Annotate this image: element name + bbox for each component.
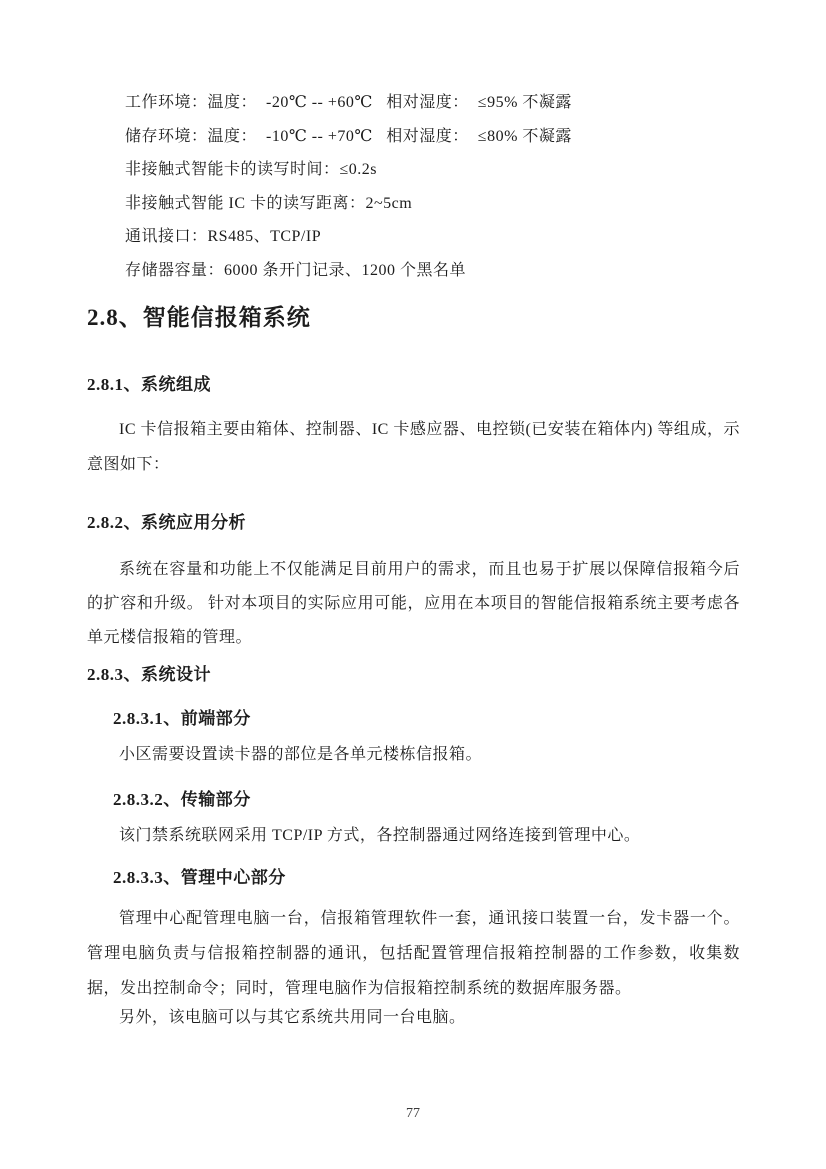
spec-line-read-time: 非接触式智能卡的读写时间：≤0.2s [125,153,740,187]
spec-line-operating-env: 工作环境：温度： -20℃ -- +60℃ 相对湿度： ≤95% 不凝露 [125,86,740,120]
document-page: 工作环境：温度： -20℃ -- +60℃ 相对湿度： ≤95% 不凝露 储存环… [0,0,826,1169]
spec-line-read-distance: 非接触式智能 IC 卡的读写距离：2~5cm [125,187,740,221]
heading-2-8-3-1: 2.8.3.1、前端部分 [87,708,740,730]
paragraph-front-end: 小区需要设置读卡器的部位是各单元楼栋信报箱。 [87,744,740,766]
spec-list: 工作环境：温度： -20℃ -- +60℃ 相对湿度： ≤95% 不凝露 储存环… [125,86,740,287]
page-content: 工作环境：温度： -20℃ -- +60℃ 相对湿度： ≤95% 不凝露 储存环… [0,0,826,1029]
paragraph-shared-computer: 另外，该电脑可以与其它系统共用同一台电脑。 [87,1007,740,1029]
heading-2-8-3-2: 2.8.3.2、传输部分 [87,789,740,811]
paragraph-system-constitution: IC 卡信报箱主要由箱体、控制器、IC 卡感应器、电控锁(已安装在箱体内) 等组… [87,412,740,482]
heading-2-8-1: 2.8.1、系统组成 [87,374,740,396]
paragraph-application-analysis: 系统在容量和功能上不仅能满足目前用户的需求，而且也易于扩展以保障信报箱今后的扩容… [87,553,740,655]
spec-line-storage-env: 储存环境：温度： -10℃ -- +70℃ 相对湿度： ≤80% 不凝露 [125,120,740,154]
spec-line-memory-capacity: 存储器容量：6000 条开门记录、1200 个黑名单 [125,254,740,288]
section-title-2-8: 2.8、智能信报箱系统 [87,303,740,333]
page-number: 77 [0,1106,826,1122]
spec-line-comm-interface: 通讯接口：RS485、TCP/IP [125,220,740,254]
heading-2-8-2: 2.8.2、系统应用分析 [87,512,740,534]
heading-2-8-3-3: 2.8.3.3、管理中心部分 [87,867,740,889]
paragraph-management-center: 管理中心配管理电脑一台，信报箱管理软件一套，通讯接口装置一台，发卡器一个。管理电… [87,901,740,1006]
heading-2-8-3: 2.8.3、系统设计 [87,664,740,686]
paragraph-transmission: 该门禁系统联网采用 TCP/IP 方式，各控制器通过网络连接到管理中心。 [87,825,740,847]
